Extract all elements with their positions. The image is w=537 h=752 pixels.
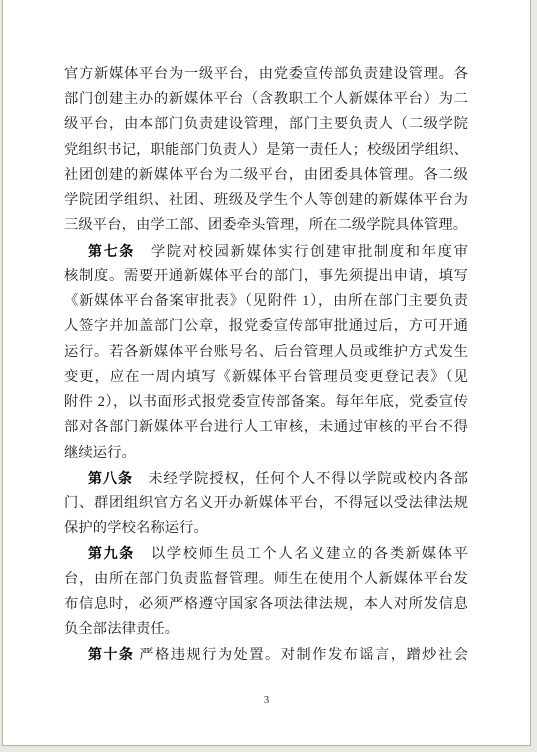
text-line: 门、群团组织官方名义开办新媒体平台，不得冠以受法律法规 bbox=[64, 491, 468, 516]
text-line: 党组织书记，职能部门负责人）是第一责任人；校级团学组织、 bbox=[64, 138, 468, 163]
text-line: 学院团学组织、社团、班级及学生个人等创建的新媒体平台为 bbox=[64, 188, 468, 213]
text-line: 社团创建的新媒体平台为二级平台，由团委具体管理。各二级 bbox=[64, 163, 468, 188]
text-line: 保护的学校名称运行。 bbox=[64, 516, 468, 541]
text-line: 第九条 以学校师生员工个人名义建立的各类新媒体平 bbox=[64, 541, 468, 566]
text-line: 部对各部门新媒体平台进行人工审核，未通过审核的平台不得 bbox=[64, 415, 468, 440]
article-number: 第十条 bbox=[88, 646, 134, 662]
text-line: 第八条 未经学院授权，任何个人不得以学院或校内各部 bbox=[64, 466, 468, 491]
text-line: 级平台，由本部门负责建设管理，部门主要负责人（二级学院 bbox=[64, 112, 468, 137]
text-line: 核制度。需要开通新媒体平台的部门，事先须提出申请，填写 bbox=[64, 264, 468, 289]
text-line: 布信息时，必须严格遵守国家各项法律法规，本人对所发信息 bbox=[64, 592, 468, 617]
text-line: 人签字并加盖部门公章，报党委宣传部审批通过后，方可开通 bbox=[64, 314, 468, 339]
document-page: 官方新媒体平台为一级平台，由党委宣传部负责建设管理。各部门创建主办的新媒体平台（… bbox=[2, 0, 531, 746]
text-line: 官方新媒体平台为一级平台，由党委宣传部负责建设管理。各 bbox=[64, 62, 468, 87]
document-body: 官方新媒体平台为一级平台，由党委宣传部负责建设管理。各部门创建主办的新媒体平台（… bbox=[64, 62, 468, 668]
article-number: 第七条 bbox=[88, 243, 135, 259]
text-line: 变更，应在一周内填写《新媒体平台管理员变更登记表》（见 bbox=[64, 365, 468, 390]
text-line: 台，由所在部门负责监督管理。师生在使用个人新媒体平台发 bbox=[64, 567, 468, 592]
text-line: 《新媒体平台备案审批表》（见附件 1），由所在部门主要负责 bbox=[64, 289, 468, 314]
text-line: 运行。若各新媒体平台账号名、后台管理人员或维护方式发生 bbox=[64, 340, 468, 365]
document-viewer: { "page": { "number": "3", "canvas_backg… bbox=[0, 0, 537, 752]
text-line: 第七条 学院对校园新媒体实行创建审批制度和年度审 bbox=[64, 239, 468, 264]
article-number: 第八条 bbox=[88, 470, 133, 486]
page-number: 3 bbox=[3, 695, 530, 706]
text-line: 附件 2），以书面形式报党委宣传部备案。每年年底，党委宣传 bbox=[64, 390, 468, 415]
text-line: 继续运行。 bbox=[64, 441, 468, 466]
text-line: 部门创建主办的新媒体平台（含教职工个人新媒体平台）为二 bbox=[64, 87, 468, 112]
article-number: 第九条 bbox=[88, 545, 135, 561]
text-line: 第十条 严格违规行为处置。对制作发布谣言，蹭炒社会 bbox=[64, 642, 468, 667]
text-line: 三级平台，由学工部、团委牵头管理，所在二级学院具体管理。 bbox=[64, 213, 468, 238]
text-line: 负全部法律责任。 bbox=[64, 617, 468, 642]
